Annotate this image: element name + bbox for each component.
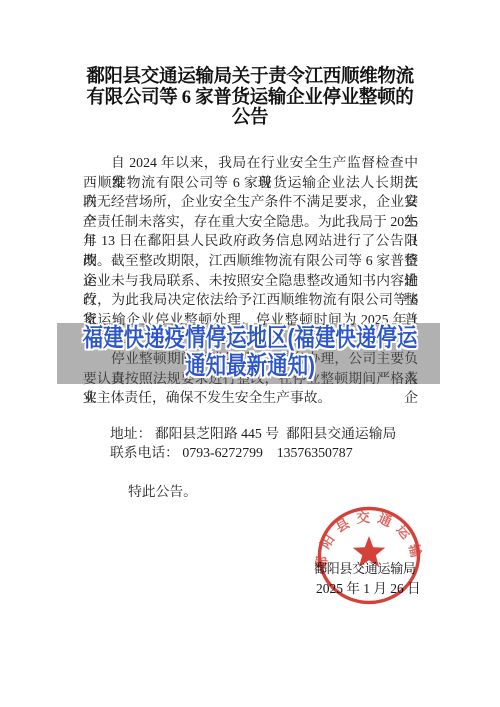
title-line-1: 鄱阳县交通运输局关于责令江西顺维物流 (40, 67, 460, 88)
body-line: 内无经营场所，企业安全生产条件不满足要求，企业安全生 (83, 192, 418, 212)
announcement-page: 鄱阳县交通运输局关于责令江西顺维物流 有限公司等 6 家普货运输企业停业整顿的 … (0, 0, 500, 707)
title-line-2: 有限公司等 6 家普货运输企业停业整顿的 (40, 88, 460, 109)
document-title: 鄱阳县交通运输局关于责令江西顺维物流 有限公司等 6 家普货运输企业停业整顿的 … (40, 67, 460, 129)
body-line: 改。截至整改期限，江西顺维物流有限公司等 6 家普货运输 (83, 251, 418, 271)
watermark-line-2: 通知最新通知) (45, 353, 455, 381)
official-seal: 鄱阳县交通运输局 (315, 504, 423, 608)
body-line: 自 2024 年以来，我局在行业安全生产监督检查中发现江 (83, 153, 418, 173)
body-line: 西顺维物流有限公司等 6 家普货运输企业法人长期失联、县 (83, 173, 418, 193)
paragraph-1: 自 2024 年以来，我局在行业安全生产监督检查中发现江 西顺维物流有限公司等 … (83, 153, 418, 349)
body-line: 产责任制未落实，存在重大安全隐患。为此我局于 2025 年 1 (83, 212, 418, 232)
body-line: 月 13 日在鄱阳县人民政府政务信息网站进行了公告限期整 (83, 231, 418, 251)
closing-line: 特此公告。 (128, 482, 197, 502)
body-line: 改，为此我局决定依法给予江西顺维物流有限公司等 6 家普 (83, 290, 418, 310)
watermark-text: 福建快递疫情停运地区(福建快递停运 通知最新通知) (45, 325, 455, 380)
title-line-3: 公告 (40, 108, 460, 129)
watermark-line-1: 福建快递疫情停运地区(福建快递停运 (45, 325, 455, 353)
phone-line: 联系电话： 0793-6272799 13576350787 (110, 443, 353, 463)
address-line: 地址： 鄱阳县芝阳路 445 号 鄱阳县交通运输局 (110, 424, 396, 444)
seal-star-icon (353, 536, 385, 567)
body-line: 企业未与我局联系、未按照安全隐患整改通知书内容进行整 (83, 271, 418, 291)
